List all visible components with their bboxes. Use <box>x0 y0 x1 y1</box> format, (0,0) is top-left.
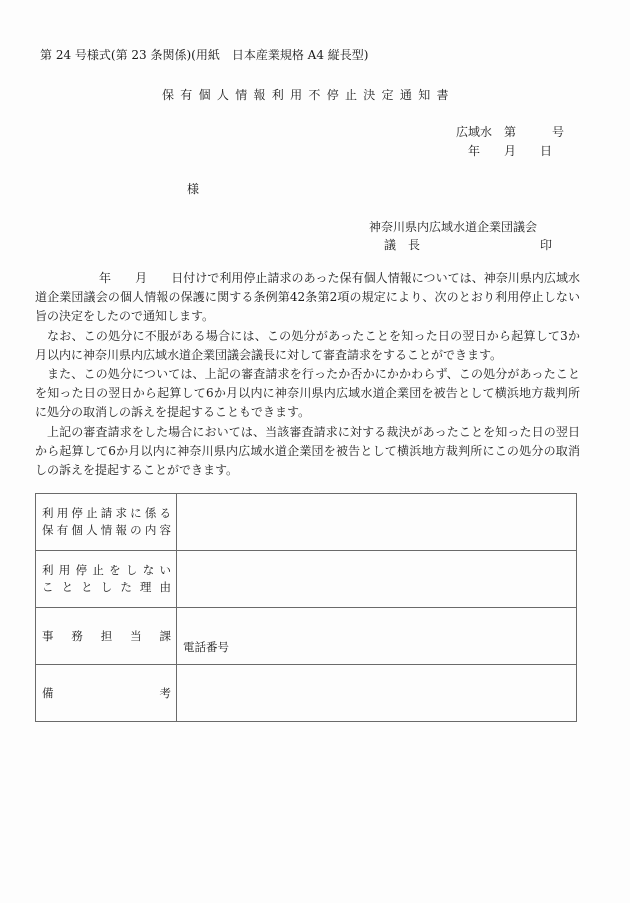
row-value-reason[interactable] <box>177 551 577 608</box>
date-month: 月 <box>135 271 147 285</box>
row-value-info-content[interactable] <box>177 494 577 551</box>
phone-number-label: 電話番号 <box>183 639 229 655</box>
paragraph-4: 上記の審査請求をした場合においては、当該審査請求に対する裁決があったことを知った… <box>35 423 580 481</box>
notice-body: 年月日付けで利用停止請求のあった保有個人情報については、神奈川県内広域水道企業団… <box>35 269 580 480</box>
reference-date: 年月日 <box>468 142 552 159</box>
table-row: 利用停止請求に係る 保有個人情報の内容 <box>36 494 577 551</box>
reference-number: 広域水第号 <box>456 123 564 140</box>
row-label: 利用停止請求に係る 保有個人情報の内容 <box>36 494 177 551</box>
row-label: 備考 <box>36 665 177 722</box>
table-row: 備考 <box>36 665 577 722</box>
row-label: 事務担当課 <box>36 608 177 665</box>
reference-day: 日 <box>540 142 552 159</box>
label-line: 備考 <box>42 685 171 702</box>
addressee-honorific: 様 <box>187 180 199 197</box>
reference-month: 月 <box>504 142 516 159</box>
document-title: 保有個人情報利用不停止決定通知書 <box>162 86 455 103</box>
issuer-organization: 神奈川県内広域水道企業団議会 <box>369 218 537 235</box>
label-line: 事務担当課 <box>42 628 171 645</box>
label-line: 保有個人情報の内容 <box>42 522 171 539</box>
row-value-department[interactable]: 電話番号 <box>177 608 577 665</box>
issuer-position: 議 長 <box>384 236 420 253</box>
table-row: 利用停止をしない こととした理由 <box>36 551 577 608</box>
reference-year: 年 <box>468 142 480 159</box>
seal-mark: 印 <box>540 236 552 253</box>
row-value-remarks[interactable] <box>177 665 577 722</box>
date-year: 年 <box>99 271 111 285</box>
label-line: 利用停止をしない <box>42 562 171 579</box>
label-line: こととした理由 <box>42 579 171 596</box>
paragraph-1-text: 日付けで利用停止請求のあった保有個人情報については、神奈川県内広域水道企業団議会… <box>35 271 580 323</box>
paragraph-1: 年月日付けで利用停止請求のあった保有個人情報については、神奈川県内広域水道企業団… <box>35 269 580 327</box>
form-number: 第 24 号様式(第 23 条関係)(用紙 日本産業規格 A4 縦長型) <box>40 46 368 63</box>
reference-go: 号 <box>552 123 564 140</box>
reference-dai: 第 <box>504 123 516 140</box>
notice-table: 利用停止請求に係る 保有個人情報の内容 利用停止をしない こととした理由 事務担… <box>35 493 577 722</box>
table-row: 事務担当課 電話番号 <box>36 608 577 665</box>
paragraph-3: また、この処分については、上記の審査請求を行ったか否かにかかわらず、この処分があ… <box>35 365 580 423</box>
paragraph-2: なお、この処分に不服がある場合には、この処分があったことを知った日の翌日から起算… <box>35 327 580 365</box>
label-line: 利用停止請求に係る <box>42 505 171 522</box>
row-label: 利用停止をしない こととした理由 <box>36 551 177 608</box>
reference-prefix: 広域水 <box>456 123 492 140</box>
